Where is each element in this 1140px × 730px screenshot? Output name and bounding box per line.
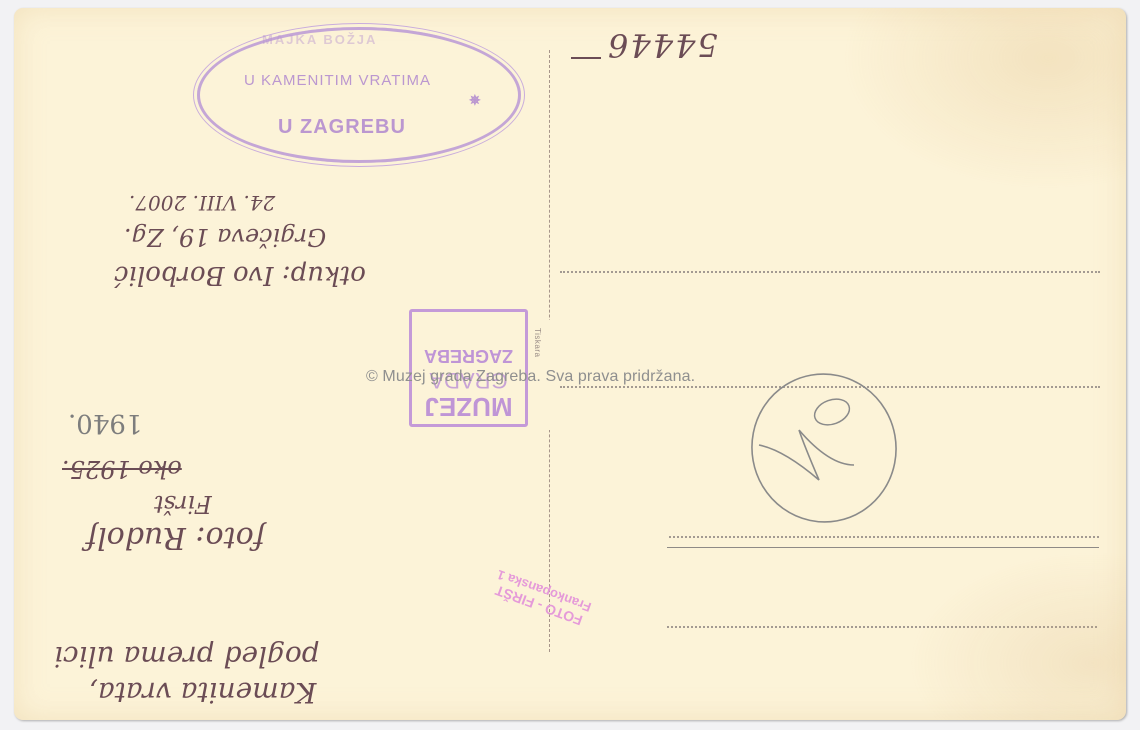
handwriting-top-line-2: Grgičeva 19, Zg. [124,223,326,251]
stamp-ornament-icon: ✵ [469,92,481,109]
handwriting-bottom-line-1: Kamenita vrata, [89,676,316,709]
handwriting-middle-line-1: foto: Rudolf [86,520,265,555]
handwriting-top-line-3: 24. VIII. 2007. [129,191,275,215]
handwriting-middle-line-3: oko 1925. [62,455,182,483]
address-line-1 [560,271,1100,273]
handwriting-top-line-1: otkup: Ivo Borbolić [114,260,366,290]
postcard-back: MAJKA BOŽJA U KAMENITIM VRATIMA ✵ U ZAGR… [14,8,1126,720]
address-line-4 [667,547,1099,548]
handwriting-correction-year: 1940. [68,408,142,438]
dash-mark [571,57,601,59]
museum-stamp-line-3: MUZEJ [412,392,525,422]
stamp-line-3: U ZAGREBU [278,116,406,139]
address-line-5 [667,626,1097,628]
handwriting-middle-line-2: Firšt [154,490,212,518]
stamp-line-1: MAJKA BOŽJA [262,32,377,47]
handwriting-bottom-line-2: pogled prema ulici [54,640,320,673]
stamp-line-2: U KAMENITIM VRATIMA [244,72,431,89]
pencil-circle-mark [744,370,904,530]
copyright-watermark: © Muzej grada Zagreba. Sva prava pridrža… [366,368,695,386]
inventory-number: 54446 [606,26,718,64]
foto-firsht-stamp: FOTO - FIRŠT Frankopanska 1 [490,567,593,629]
address-line-3 [669,536,1099,538]
museum-stamp-line-1: ZAGREBA [412,344,525,368]
printer-mark: Tiskara [533,328,542,357]
